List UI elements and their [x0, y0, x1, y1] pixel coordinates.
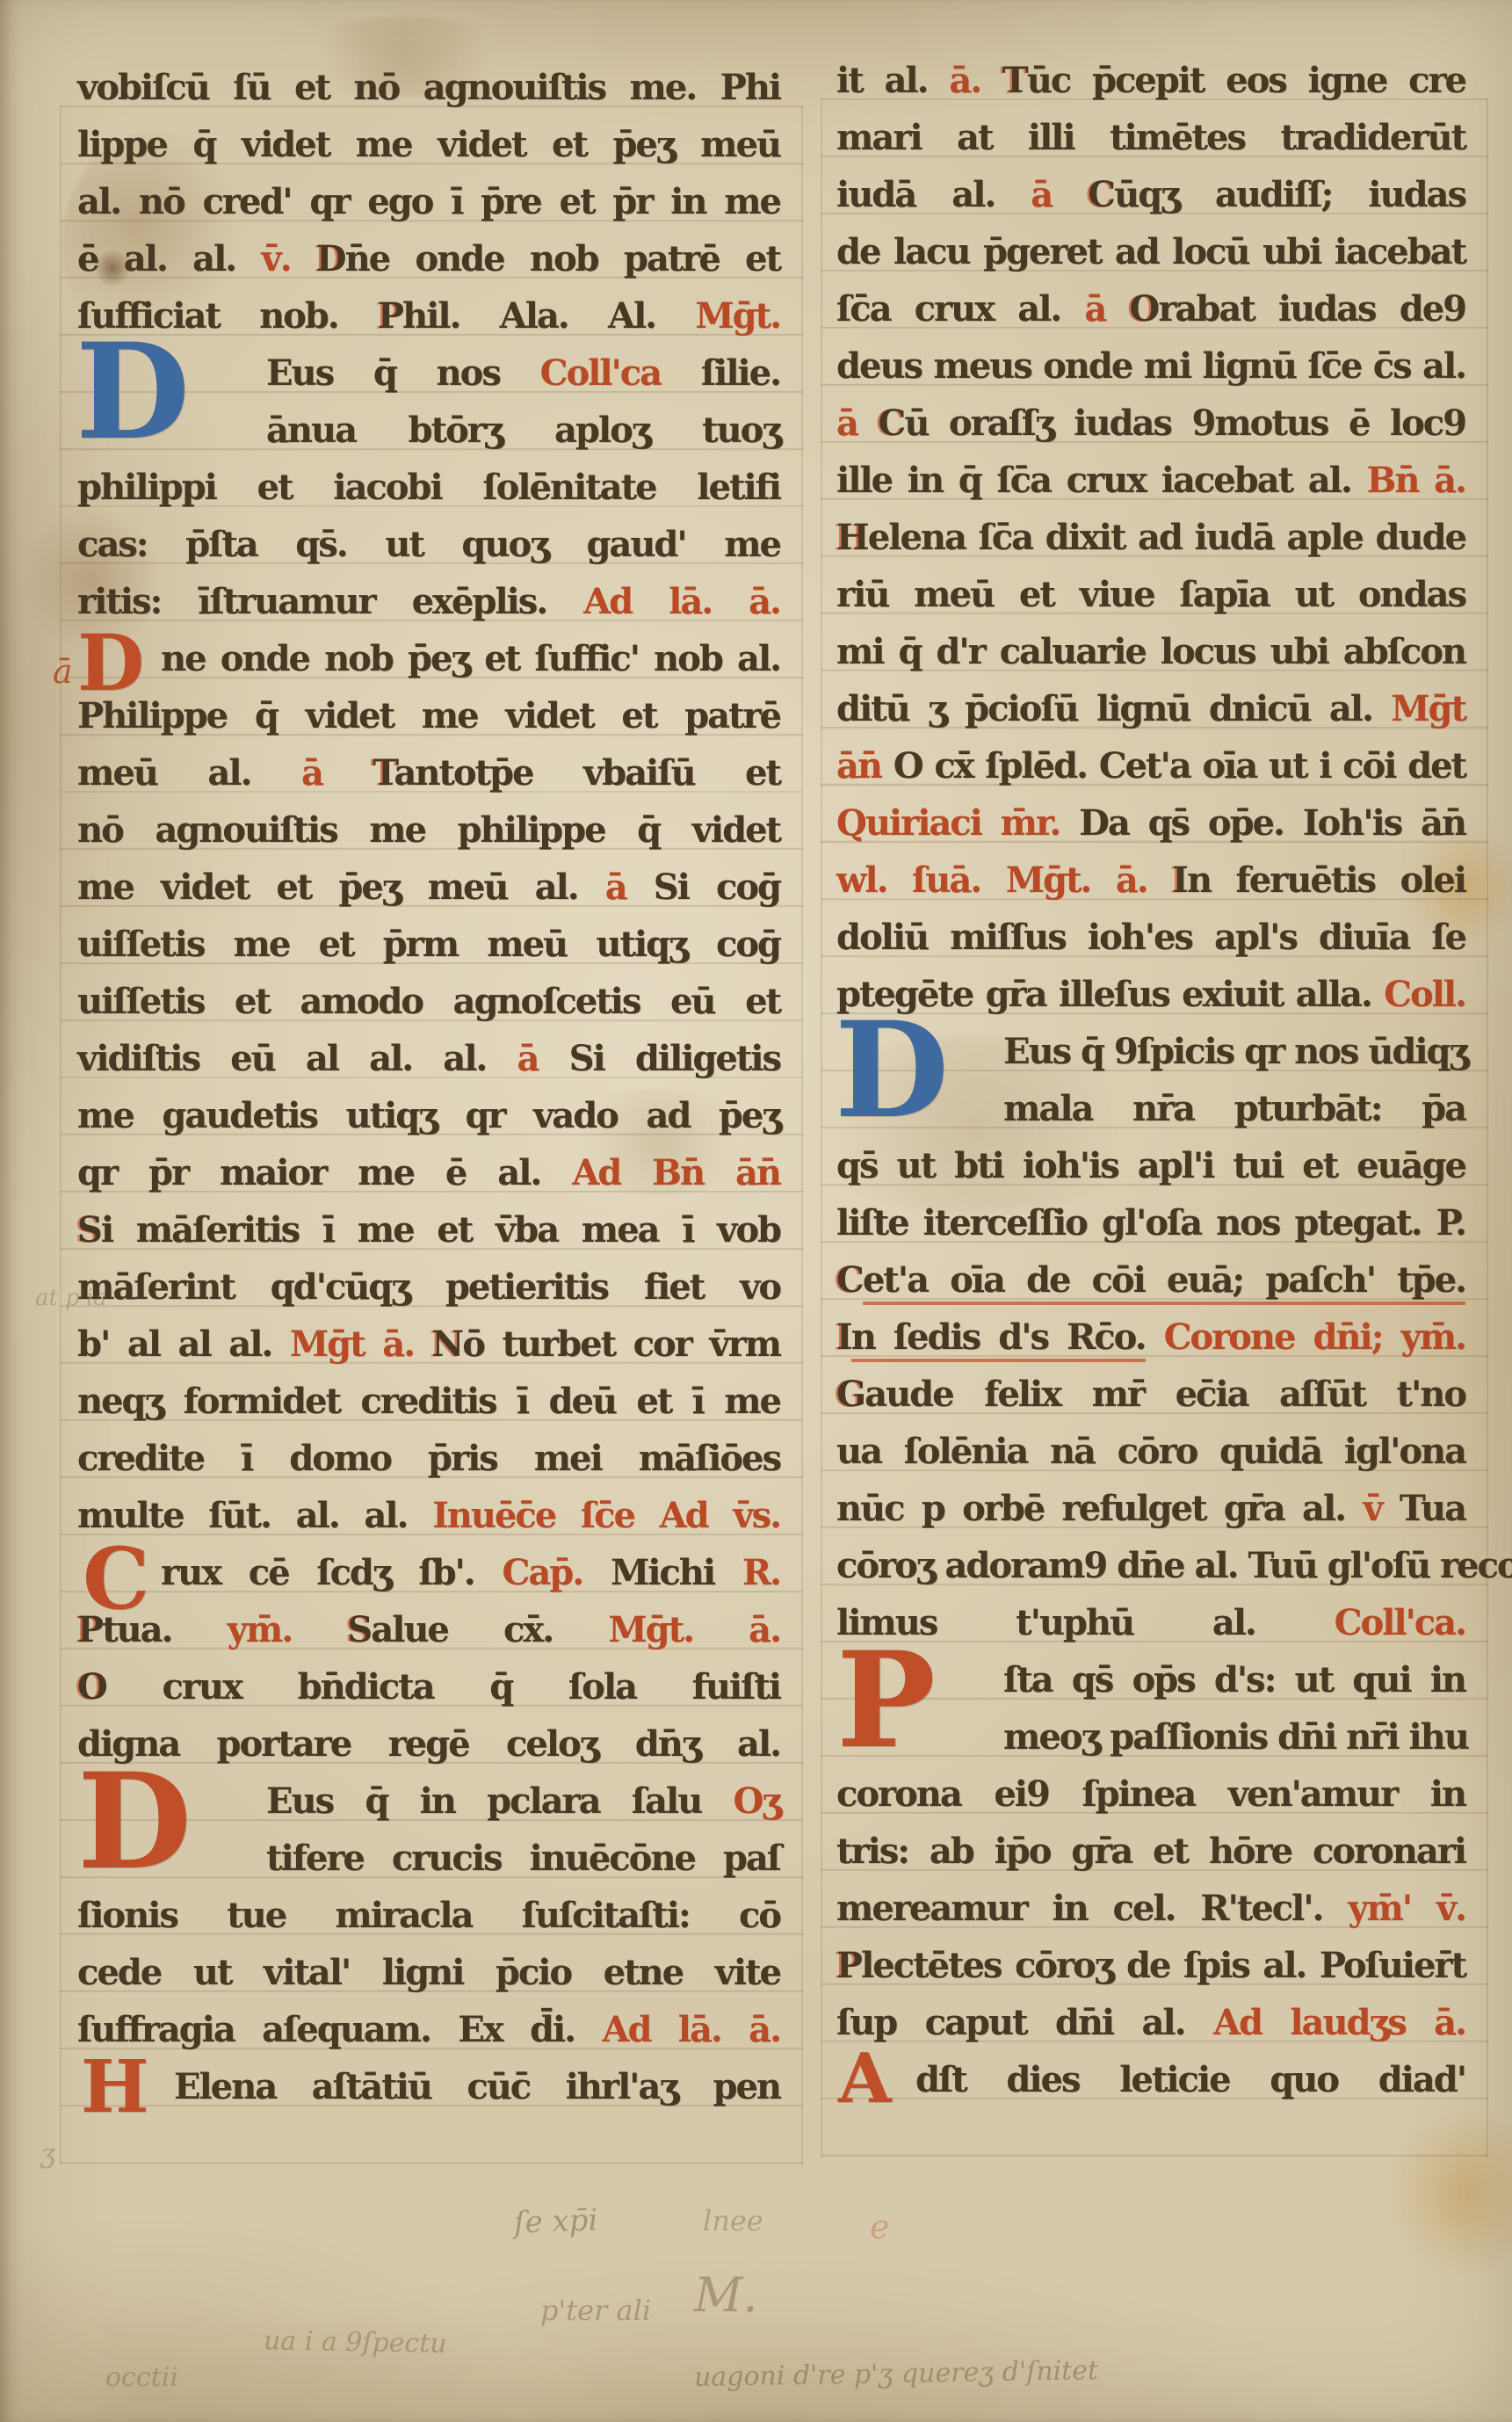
text-line-left-18: vidiſtis eū al al. al. ā Si diligetis	[77, 1033, 780, 1090]
text-segment: ānua btōrʒ aploʒ tuoʒ	[266, 410, 780, 451]
text-line-right-13: ān̄ O cx̄ ſplēd. Cet'a oīa ut i cōi det	[836, 740, 1465, 797]
text-line-left-29: O crux bn̄dicta q̄ ſola fuiſti	[77, 1661, 780, 1718]
text-line-right-10: riū meū et viue ſapīa ut ondas	[836, 569, 1465, 626]
text-segment: ſup caput dn̄i al.	[836, 2002, 1213, 2043]
text-segment: O	[77, 1666, 106, 1708]
text-segment: n̄e onde nob patrē et	[345, 238, 780, 279]
text-segment: b' al al al.	[77, 1323, 290, 1365]
text-line-right-16: doliū miſſus ioh'es apl's diuīa ſe	[836, 911, 1465, 968]
text-segment: ſionis tue miracla ſuſcitaſti: cō	[77, 1895, 780, 1936]
text-segment: ā	[605, 867, 626, 908]
text-segment: ua ſolēnia nā cōro quidā igl'ona	[836, 1431, 1465, 1472]
illuminated-initial-D: D	[77, 631, 144, 694]
text-segment: Eus q̄ 9ſpicis qr nos ūdiqʒ	[1003, 1031, 1467, 1072]
text-segment: ā	[1084, 288, 1105, 330]
illuminated-initial-P: P	[836, 1647, 936, 1755]
text-segment: ym̄' v̄.	[1348, 1888, 1465, 1929]
text-segment: elena ſc̄a dixit ad iudā aple dude	[868, 517, 1465, 558]
text-line-right-36: dſt dies leticie quo diad'	[836, 2054, 1465, 2111]
manuscript-page: vobiſcū ſū et nō agnouiſtis me. Philippe…	[0, 0, 1512, 2422]
text-segment: māſerint qd'cūqʒ petieritis fiet vo	[77, 1266, 780, 1308]
text-segment: Mḡt ā.	[290, 1323, 414, 1365]
marginal-annotation-4: ſe xp̄i	[513, 2202, 598, 2240]
marginal-annotation-9: ua i a 9ſpectu	[264, 2325, 447, 2360]
text-line-right-20: qs̄ ut bti ioh'is apl'i tui et euāge	[836, 1140, 1465, 1197]
text-line-right-21: liſte iterceſſio gl'oſa nos ptegat. P.	[836, 1197, 1465, 1254]
illuminated-initial-H: H	[81, 2058, 148, 2117]
text-segment: al. nō cred' qr ego ī p̄re et p̄r in me	[77, 181, 780, 222]
text-segment: de lacu p̄geret ad locū ubi iacebat	[836, 231, 1465, 272]
text-segment: ūc p̄cepit eos igne cre	[1027, 60, 1465, 101]
text-line-left-24: neqʒ formidet creditis ī deū et ī me	[77, 1375, 780, 1432]
text-line-left-11: ne onde nob p̄eʒ et ſuffic' nob al.	[77, 633, 780, 690]
illuminated-initial-D: D	[835, 1017, 949, 1125]
text-line-left-28: Ptua. ym̄. Salue cx̄. Mḡt. ā.	[77, 1604, 780, 1661]
text-segment: uiſſetis me et p̄rm meū utiqʒ coḡ	[77, 924, 780, 965]
text-segment: ditū ʒ p̄cioſū lignū dnicū al.	[836, 688, 1391, 729]
text-segment: S	[77, 1209, 101, 1251]
text-segment: ſuffragia aſequam. Ex d̄i.	[77, 2009, 602, 2050]
text-segment: Eus q̄ in pclara ſalu	[266, 1780, 733, 1822]
text-line-left-20: qr p̄r maior me ē al. Ad Bn̄ ān̄	[77, 1147, 780, 1204]
text-segment: tifere crucis inuēcōne paſ	[266, 1838, 780, 1879]
text-segment: doliū miſſus ioh'es apl's diuīa ſe	[836, 917, 1465, 958]
text-line-left-3: al. nō cred' qr ego ī p̄re et p̄r in me	[77, 176, 780, 233]
text-line-right-3: iudā al. ā Cūqʒ audiſſ; iudas	[836, 169, 1465, 226]
text-segment: Ad lā. ā.	[583, 581, 780, 622]
text-segment: Oʒ	[733, 1780, 780, 1822]
text-line-left-2: lippe q̄ videt me videt et p̄eʒ meū	[77, 119, 780, 176]
text-line-right-32: tris: ab ip̄o gr̄a et hōre coronari	[836, 1825, 1465, 1882]
text-line-right-4: de lacu p̄geret ad locū ubi iacebat	[836, 226, 1465, 283]
text-segment	[291, 238, 316, 279]
text-segment: D	[316, 238, 345, 279]
text-segment: lectētes cōroʒ de ſpis al. Poſuier̄t	[861, 1945, 1465, 1986]
text-segment: nō agnouiſtis me philippe q̄ videt	[77, 809, 780, 851]
text-line-left-4: ē al. al. v̄. Dn̄e onde nob patrē et	[77, 233, 780, 290]
text-segment: O	[1130, 288, 1159, 330]
text-line-right-34: Plectētes cōroʒ de ſpis al. Poſuier̄t	[836, 1940, 1465, 1997]
text-line-left-10: ritis: īſtruamur exēplis. Ad lā. ā.	[77, 576, 780, 633]
text-segment: tris: ab ip̄o gr̄a et hōre coronari	[836, 1831, 1465, 1872]
text-line-left-25: credite ī domo p̄ris mei māſiōes	[77, 1432, 780, 1490]
text-segment: Coll'ca.	[1335, 1602, 1465, 1643]
illuminated-initial-D: D	[76, 338, 190, 446]
text-segment: Eus q̄ nos	[266, 352, 540, 394]
text-segment: mereamur in cel. R'tecl'.	[836, 1888, 1348, 1929]
text-line-left-17: uiſſetis et amodo agnoſcetis eū et	[77, 975, 780, 1033]
text-segment: Ad laudʒs ā.	[1213, 2002, 1465, 2043]
text-segment: n feruētis olei	[1187, 859, 1465, 901]
text-segment	[292, 1609, 347, 1650]
marginal-annotation-5: lnee	[703, 2204, 763, 2237]
text-line-right-22: Cet'a oīa de cōi euā; paſch' tp̄e.	[836, 1254, 1465, 1311]
text-segment: Ad Bn̄ ān̄	[572, 1152, 780, 1193]
text-segment: ritis: īſtruamur exēplis.	[77, 581, 583, 622]
text-segment: i māſeritis ī me et v̄ba mea ī vob	[101, 1209, 780, 1251]
text-segment: v̄.	[261, 238, 290, 279]
text-segment: T	[1002, 60, 1027, 101]
text-segment: mala nr̄a pturbāt: p̄a	[1003, 1088, 1465, 1129]
text-segment: ā.	[949, 60, 980, 101]
text-segment: mi q̄ d'r caluarie locus ubi abſcon	[836, 631, 1465, 672]
text-line-right-33: mereamur in cel. R'tecl'. ym̄' v̄.	[836, 1882, 1465, 1940]
text-segment: uiſſetis et amodo agnoſcetis eū et	[77, 981, 780, 1022]
text-line-right-26: nūc p orbē refulget gr̄a al. v̄ Tua	[836, 1483, 1465, 1540]
text-line-left-22: māſerint qd'cūqʒ petieritis fiet vo	[77, 1261, 780, 1318]
text-segment: Mḡt. ā.	[608, 1609, 780, 1650]
text-line-left-13: meū al. ā Tantotp̄e vbaiſū et	[77, 747, 780, 804]
text-segment: philippi et iacobi ſolēnitate letifi	[77, 467, 780, 508]
text-column-left: vobiſcū ſū et nō agnouiſtis me. Philippe…	[77, 62, 780, 2118]
text-segment: ym̄.	[228, 1609, 293, 1650]
text-segment: Coll.	[1384, 974, 1465, 1015]
text-segment: ān̄	[836, 745, 881, 787]
text-segment: Si diligetis	[538, 1038, 780, 1079]
parchment-stain	[1388, 2092, 1512, 2294]
text-segment: et'a oīa de cōi euā; paſch' tp̄e.	[863, 1259, 1465, 1305]
text-line-left-21: Si māſeritis ī me et v̄ba mea ī vob	[77, 1204, 780, 1261]
text-line-left-12: Philippe q̄ videt me videt et patrē	[77, 690, 780, 747]
text-segment: ſc̄a crux al.	[836, 288, 1084, 330]
text-segment: ūqʒ audiſſ; iudas	[1114, 174, 1465, 215]
text-line-right-11: mi q̄ d'r caluarie locus ubi abſcon	[836, 626, 1465, 683]
text-line-left-8: philippi et iacobi ſolēnitate letifi	[77, 461, 780, 518]
text-segment: Michi	[582, 1552, 742, 1593]
text-segment: rux cē ſcdʒ ſb'.	[161, 1552, 503, 1593]
marginal-annotation-6: e	[870, 2208, 890, 2246]
marginal-annotation-7: M.	[694, 2267, 757, 2323]
text-segment: corona ei9 ſpinea ven'amur in	[836, 1773, 1465, 1815]
text-line-left-15: me videt et p̄eʒ meū al. ā Si coḡ	[77, 861, 780, 918]
text-segment: ā	[836, 402, 857, 444]
text-segment: Mḡt	[1391, 688, 1465, 729]
text-segment: crux bn̄dicta q̄ ſola fuiſti	[106, 1666, 780, 1708]
marginal-annotation-8: p'ter ali	[540, 2294, 651, 2327]
text-segment	[980, 60, 1002, 101]
text-line-left-19: me gaudetis utiqʒ qr vado ad p̄eʒ	[77, 1090, 780, 1147]
text-segment: lippe q̄ videt me videt et p̄eʒ meū	[77, 124, 780, 165]
text-segment: Elena aſtātiū cūc̄ ihrl'aʒ pen	[174, 2066, 780, 2107]
text-segment: meū al.	[77, 752, 301, 794]
text-segment: R.	[742, 1552, 780, 1593]
text-line-right-5: ſc̄a crux al. ā Orabat iudas de9	[836, 283, 1465, 340]
text-segment: C	[878, 402, 904, 444]
text-line-left-16: uiſſetis me et p̄rm meū utiqʒ coḡ	[77, 918, 780, 975]
text-segment: deus meus onde mi lignū ſc̄e c̄s al.	[836, 345, 1465, 387]
text-segment: it al.	[836, 60, 949, 101]
text-segment: Inuēc̄e ſc̄e Ad v̄s.	[432, 1495, 780, 1536]
text-segment: ē al. al.	[77, 238, 261, 279]
text-segment: H	[836, 517, 868, 558]
text-line-right-25: ua ſolēnia nā cōro quidā igl'ona	[836, 1425, 1465, 1483]
text-segment: P	[836, 1945, 861, 1986]
text-line-left-35: ſuffragia aſequam. Ex d̄i. Ad lā. ā.	[77, 2004, 780, 2061]
text-segment: rabat iudas de9	[1158, 288, 1465, 330]
text-segment: Da qs̄ op̄e.	[1060, 802, 1302, 844]
text-segment: qs̄ ut bti ioh'is apl'i tui et euāge	[836, 1145, 1465, 1186]
text-segment: neqʒ formidet creditis ī deū et ī me	[77, 1381, 780, 1422]
text-line-right-7: ā Cū oraſſʒ iudas 9motus ē loc9	[836, 397, 1465, 454]
text-segment: Quiriaci m̄r.	[836, 802, 1060, 844]
text-segment: liſte iterceſſio gl'oſa nos ptegat. P.	[836, 1202, 1465, 1244]
illuminated-initial-D: D	[77, 1768, 192, 1876]
text-segment: ne onde nob p̄eʒ et ſuffic' nob al.	[161, 638, 780, 679]
text-segment: cede ut vital' ligni p̄cio etne vite	[77, 1952, 780, 1993]
text-line-left-23: b' al al al. Mḡt ā. Nō turbet cor v̄rm	[77, 1318, 780, 1375]
text-segment	[322, 752, 373, 794]
text-line-left-27: rux cē ſcdʒ ſb'. Cap̄. Michi R.	[77, 1547, 780, 1604]
text-line-left-9: cas: p̄ſta qs̄. ut quoʒ gaud' me	[77, 518, 780, 576]
text-segment: cas: p̄ſta qs̄. ut quoʒ gaud' me	[77, 524, 780, 565]
text-segment: Ad lā. ā.	[602, 2009, 780, 2050]
text-line-right-14: Quiriaci m̄r. Da qs̄ op̄e. Ioh'is ān̄	[836, 797, 1465, 854]
text-segment: ō turbet cor v̄rm	[462, 1323, 780, 1365]
text-line-left-14: nō agnouiſtis me philippe q̄ videt	[77, 804, 780, 861]
text-segment: meoʒ paſſionis dn̄i nr̄i ihu	[1003, 1716, 1468, 1758]
text-segment	[1147, 859, 1173, 901]
text-segment: mari at illi timētes tradiderūt	[836, 117, 1465, 158]
text-segment: N	[432, 1323, 463, 1365]
illuminated-initial-C: C	[83, 1545, 149, 1614]
text-segment	[1146, 1316, 1164, 1358]
text-line-right-8: ille in q̄ ſc̄a crux iacebat al. Bn̄ ā.	[836, 454, 1465, 511]
text-segment: ā	[517, 1038, 539, 1079]
marginal-annotation-1: ā	[53, 652, 73, 691]
text-segment: T	[373, 752, 394, 794]
text-segment: Corone dn̄i; ym̄.	[1164, 1316, 1465, 1358]
text-segment: ſta qs̄ op̄s d's: ut qui in	[1003, 1659, 1465, 1700]
text-line-left-34: cede ut vital' ligni p̄cio etne vite	[77, 1947, 780, 2004]
marginal-annotation-3: ʒ	[40, 2139, 55, 2170]
text-segment	[1105, 288, 1129, 330]
text-line-right-6: deus meus onde mi lignū ſc̄e c̄s al.	[836, 340, 1465, 397]
text-segment: n ſedis d's Rc̄o.	[851, 1316, 1146, 1362]
text-segment: antotp̄e vbaiſū et	[394, 752, 780, 794]
text-segment: vidiſtis eū al al. al.	[77, 1038, 517, 1079]
illuminated-initial-A: A	[838, 2051, 892, 2107]
text-segment: v̄	[1363, 1488, 1381, 1529]
text-line-right-23: In ſedis d's Rc̄o. Corone dn̄i; ym̄.	[836, 1311, 1465, 1368]
text-segment: me videt et p̄eʒ meū al.	[77, 867, 605, 908]
text-line-right-24: Gaude felix mr̄ ec̄ia aſſūt t'no	[836, 1368, 1465, 1425]
text-segment: riū meū et viue ſapīa ut ondas	[836, 574, 1465, 615]
text-segment: qr p̄r maior me ē al.	[77, 1152, 572, 1193]
text-segment: ū oraſſʒ iudas 9motus ē loc9	[904, 402, 1465, 444]
text-line-right-15: wl. ſuā. Mḡt. ā. In feruētis olei	[836, 854, 1465, 911]
marginal-annotation-2: at p'ia	[35, 1285, 107, 1311]
text-segment: iudā al.	[836, 174, 1031, 215]
text-segment: Bn̄ ā.	[1367, 460, 1465, 501]
text-column-right: it al. ā. Tūc p̄cepit eos igne cremari a…	[836, 54, 1465, 2111]
text-segment: I	[836, 1316, 851, 1358]
text-line-right-27: cōroʒ adoram9 dn̄e al. Tuū gl'oſū reco	[836, 1540, 1465, 1597]
text-segment: Mḡt.	[695, 295, 780, 337]
text-line-right-2: mari at illi timētes tradiderūt	[836, 112, 1465, 169]
text-segment: ille in q̄ ſc̄a crux iacebat al.	[836, 460, 1367, 501]
marginal-annotation-10: occtii	[105, 2362, 178, 2393]
text-segment: Si coḡ	[626, 867, 780, 908]
text-line-right-35: ſup caput dn̄i al. Ad laudʒs ā.	[836, 1997, 1465, 2054]
text-line-left-36: Elena aſtātiū cūc̄ ihrl'aʒ pen	[77, 2061, 780, 2118]
text-segment: C	[1088, 174, 1114, 215]
marginal-annotation-11: uagoni d're p'ʒ quereʒ d'ſnitet	[694, 2355, 1099, 2393]
text-segment: ā	[1031, 174, 1052, 215]
text-segment: P	[378, 295, 402, 337]
text-segment: credite ī domo p̄ris mei māſiōes	[77, 1438, 780, 1479]
text-line-left-26: multe ſūt. al. al. Inuēc̄e ſc̄e Ad v̄s.	[77, 1490, 780, 1547]
text-segment: S	[347, 1609, 371, 1650]
text-segment: alue cx̄.	[371, 1609, 608, 1650]
text-segment: me gaudetis utiqʒ qr vado ad p̄eʒ	[77, 1095, 780, 1136]
text-line-right-9: Helena ſc̄a dixit ad iudā aple dude	[836, 511, 1465, 569]
text-segment: Philippe q̄ videt me videt et patrē	[77, 695, 780, 736]
text-segment: cōroʒ adoram9 dn̄e al. Tuū gl'oſū reco	[836, 1545, 1512, 1586]
text-segment: G	[836, 1374, 865, 1415]
text-segment: nūc p orbē refulget gr̄a al.	[836, 1488, 1363, 1529]
text-segment: dſt dies leticie quo diad'	[915, 2059, 1465, 2100]
text-segment: hil. Ala. Al.	[402, 295, 695, 337]
text-segment: Tua	[1382, 1488, 1465, 1529]
text-segment: aude felix mr̄ ec̄ia aſſūt t'no	[865, 1374, 1465, 1415]
text-segment: ā	[301, 752, 322, 794]
text-segment: Coll'ca	[540, 352, 661, 394]
text-line-right-1: it al. ā. Tūc p̄cepit eos igne cre	[836, 54, 1465, 112]
text-segment	[414, 1323, 432, 1365]
text-segment: Ioh'is ān̄	[1303, 802, 1465, 844]
text-segment: Cap̄.	[503, 1552, 583, 1593]
text-line-right-12: ditū ʒ p̄cioſū lignū dnicū al. Mḡt	[836, 683, 1465, 740]
text-segment: O cx̄ ſplēd. Cet'a oīa ut i cōi det	[881, 745, 1465, 787]
text-segment: I	[1172, 859, 1187, 901]
text-line-left-1: vobiſcū ſū et nō agnouiſtis me. Phi	[77, 62, 780, 119]
text-segment	[1052, 174, 1088, 215]
text-segment	[857, 402, 879, 444]
text-segment: ſilie.	[661, 352, 780, 394]
text-segment: C	[836, 1259, 863, 1301]
text-segment: vobiſcū ſū et nō agnouiſtis me. Phi	[77, 67, 780, 108]
text-segment: wl. ſuā. Mḡt. ā.	[836, 859, 1147, 901]
